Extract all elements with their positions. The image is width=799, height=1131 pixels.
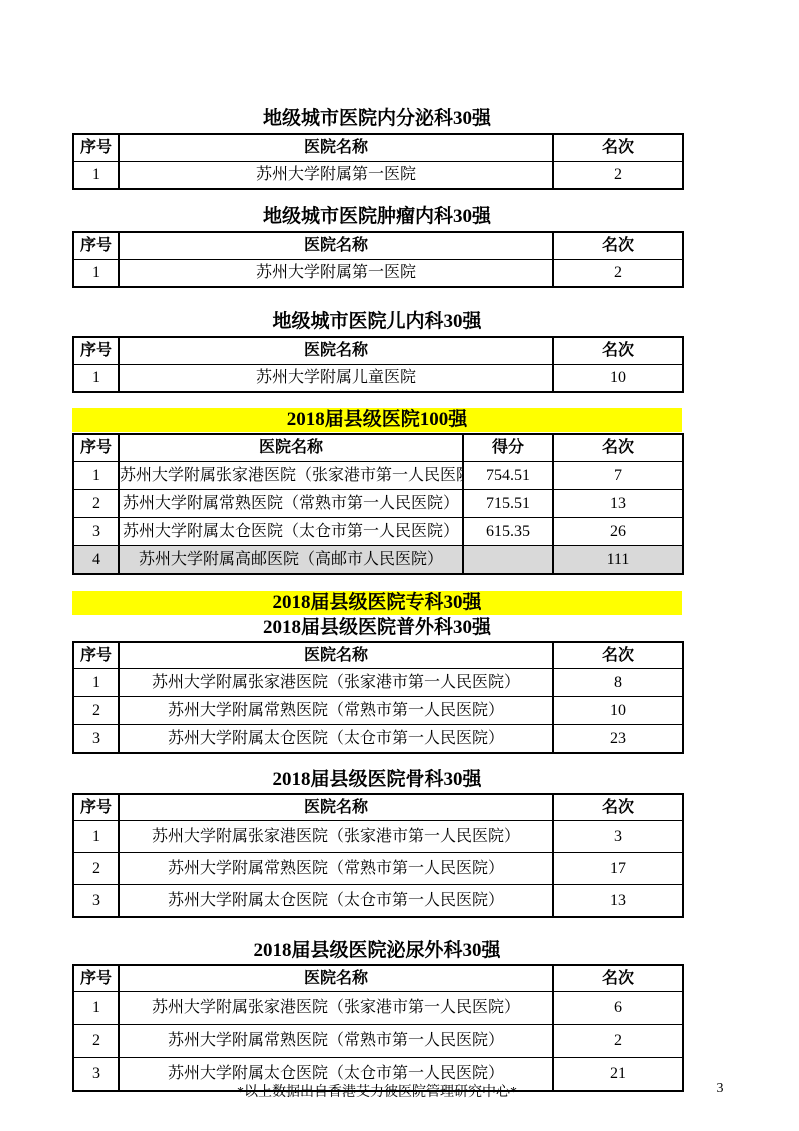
col-header-rank: 名次 — [553, 232, 683, 260]
cell-seq: 1 — [73, 992, 119, 1025]
section-title: 2018届县级医院泌尿外科30强 — [72, 940, 682, 961]
cell-seq: 2 — [73, 1025, 119, 1058]
cell-hospital: 苏州大学附属儿童医院 — [119, 365, 553, 393]
cell-rank: 7 — [553, 462, 683, 490]
col-header-rank: 名次 — [553, 965, 683, 992]
cell-seq: 1 — [73, 669, 119, 697]
section-title: 地级城市医院儿内科30强 — [72, 311, 682, 332]
section-title: 2018届县级医院普外科30强 — [72, 617, 682, 638]
cell-score: 754.51 — [463, 462, 553, 490]
section-oncology-top30: 地级城市医院肿瘤内科30强 序号 医院名称 名次 1 苏州大学附属第一医院 2 — [72, 206, 682, 288]
cell-hospital: 苏州大学附属张家港医院（张家港市第一人民医院） — [119, 669, 553, 697]
document-page: 地级城市医院内分泌科30强 序号 医院名称 名次 1 苏州大学附属第一医院 2 … — [0, 0, 799, 1131]
col-header-hospital: 医院名称 — [119, 794, 553, 821]
cell-hospital: 苏州大学附属常熟医院（常熟市第一人民医院） — [119, 490, 463, 518]
col-header-rank: 名次 — [553, 337, 683, 365]
cell-rank: 23 — [553, 725, 683, 754]
table-row: 1 苏州大学附属张家港医院（张家港市第一人民医院） 754.51 7 — [73, 462, 683, 490]
table-header-row: 序号 医院名称 名次 — [73, 232, 683, 260]
table-header-row: 序号 医院名称 得分 名次 — [73, 434, 683, 462]
cell-seq: 1 — [73, 162, 119, 190]
cell-score: 715.51 — [463, 490, 553, 518]
cell-hospital: 苏州大学附属第一医院 — [119, 260, 553, 288]
cell-hospital: 苏州大学附属张家港医院（张家港市第一人民医院） — [119, 821, 553, 853]
cell-rank: 8 — [553, 669, 683, 697]
section-endocrinology-top30: 地级城市医院内分泌科30强 序号 医院名称 名次 1 苏州大学附属第一医院 2 — [72, 0, 682, 190]
page-number: 3 — [700, 1081, 740, 1097]
cell-seq: 1 — [73, 462, 119, 490]
col-header-hospital: 医院名称 — [119, 337, 553, 365]
cell-rank: 2 — [553, 1025, 683, 1058]
cell-hospital: 苏州大学附属常熟医院（常熟市第一人民医院） — [119, 697, 553, 725]
cell-score: 615.35 — [463, 518, 553, 546]
col-header-seq: 序号 — [73, 794, 119, 821]
table-row: 1 苏州大学附属张家港医院（张家港市第一人民医院） 3 — [73, 821, 683, 853]
cell-hospital: 苏州大学附属太仓医院（太仓市第一人民医院） — [119, 518, 463, 546]
general-surgery-table: 序号 医院名称 名次 1 苏州大学附属张家港医院（张家港市第一人民医院） 8 2… — [72, 641, 684, 754]
col-header-hospital: 医院名称 — [119, 642, 553, 669]
section-orthopedics-top30: 2018届县级医院骨科30强 序号 医院名称 名次 1 苏州大学附属张家港医院（… — [72, 769, 682, 918]
col-header-rank: 名次 — [553, 642, 683, 669]
table-row-highlighted-gray: 4 苏州大学附属高邮医院（高邮市人民医院） 111 — [73, 546, 683, 575]
cell-rank: 3 — [553, 821, 683, 853]
cell-seq: 2 — [73, 697, 119, 725]
col-header-rank: 名次 — [553, 794, 683, 821]
col-header-rank: 名次 — [553, 134, 683, 162]
cell-rank: 13 — [553, 885, 683, 918]
table-header-row: 序号 医院名称 名次 — [73, 794, 683, 821]
cell-rank: 10 — [553, 365, 683, 393]
cell-rank: 2 — [553, 162, 683, 190]
cell-seq: 1 — [73, 260, 119, 288]
cell-rank: 26 — [553, 518, 683, 546]
col-header-rank: 名次 — [553, 434, 683, 462]
table-row: 1 苏州大学附属儿童医院 10 — [73, 365, 683, 393]
cell-rank: 2 — [553, 260, 683, 288]
table-header-row: 序号 医院名称 名次 — [73, 965, 683, 992]
col-header-hospital: 医院名称 — [119, 965, 553, 992]
cell-hospital: 苏州大学附属第一医院 — [119, 162, 553, 190]
section-urology-top30: 2018届县级医院泌尿外科30强 序号 医院名称 名次 1 苏州大学附属张家港医… — [72, 940, 682, 1092]
section-title: 地级城市医院肿瘤内科30强 — [72, 206, 682, 227]
col-header-hospital: 医院名称 — [119, 134, 553, 162]
cell-seq: 1 — [73, 821, 119, 853]
col-header-seq: 序号 — [73, 965, 119, 992]
cell-seq: 2 — [73, 853, 119, 885]
section-title: 2018届县级医院骨科30强 — [72, 769, 682, 790]
table-row: 3 苏州大学附属太仓医院（太仓市第一人民医院） 23 — [73, 725, 683, 754]
cell-hospital: 苏州大学附属张家港医院（张家港市第一人民医院） — [119, 462, 463, 490]
col-header-seq: 序号 — [73, 642, 119, 669]
cell-rank: 17 — [553, 853, 683, 885]
table-row: 1 苏州大学附属张家港医院（张家港市第一人民医院） 8 — [73, 669, 683, 697]
table-row: 2 苏州大学附属常熟医院（常熟市第一人民医院） 2 — [73, 1025, 683, 1058]
highlight-banner: 2018届县级医院100强 — [72, 408, 682, 432]
table-row: 1 苏州大学附属第一医院 2 — [73, 162, 683, 190]
table-row: 2 苏州大学附属常熟医院（常熟市第一人民医院） 715.51 13 — [73, 490, 683, 518]
table-header-row: 序号 医院名称 名次 — [73, 134, 683, 162]
table-header-row: 序号 医院名称 名次 — [73, 642, 683, 669]
cell-seq: 3 — [73, 518, 119, 546]
table-row: 1 苏州大学附属第一医院 2 — [73, 260, 683, 288]
urology-table: 序号 医院名称 名次 1 苏州大学附属张家港医院（张家港市第一人民医院） 6 2… — [72, 964, 684, 1092]
table-row: 1 苏州大学附属张家港医院（张家港市第一人民医院） 6 — [73, 992, 683, 1025]
table-row: 2 苏州大学附属常熟医院（常熟市第一人民医院） 10 — [73, 697, 683, 725]
cell-hospital: 苏州大学附属太仓医院（太仓市第一人民医院） — [119, 725, 553, 754]
cell-rank: 10 — [553, 697, 683, 725]
cell-hospital: 苏州大学附属太仓医院（太仓市第一人民医院） — [119, 885, 553, 918]
col-header-seq: 序号 — [73, 434, 119, 462]
cell-hospital: 苏州大学附属常熟医院（常熟市第一人民医院） — [119, 1025, 553, 1058]
oncology-table: 序号 医院名称 名次 1 苏州大学附属第一医院 2 — [72, 231, 684, 288]
cell-hospital: 苏州大学附属张家港医院（张家港市第一人民医院） — [119, 992, 553, 1025]
cell-seq: 3 — [73, 885, 119, 918]
section-county-specialty-top30: 2018届县级医院专科30强 2018届县级医院普外科30强 序号 医院名称 名… — [72, 591, 682, 754]
table-header-row: 序号 医院名称 名次 — [73, 337, 683, 365]
cell-rank: 13 — [553, 490, 683, 518]
cell-seq: 2 — [73, 490, 119, 518]
cell-hospital: 苏州大学附属常熟医院（常熟市第一人民医院） — [119, 853, 553, 885]
page-content: 地级城市医院内分泌科30强 序号 医院名称 名次 1 苏州大学附属第一医院 2 … — [72, 0, 682, 1092]
col-header-seq: 序号 — [73, 232, 119, 260]
cell-score — [463, 546, 553, 575]
cell-rank: 111 — [553, 546, 683, 575]
col-header-seq: 序号 — [73, 337, 119, 365]
highlight-banner: 2018届县级医院专科30强 — [72, 591, 682, 615]
col-header-seq: 序号 — [73, 134, 119, 162]
cell-seq: 4 — [73, 546, 119, 575]
county-top100-table: 序号 医院名称 得分 名次 1 苏州大学附属张家港医院（张家港市第一人民医院） … — [72, 433, 684, 575]
section-pediatrics-top30: 地级城市医院儿内科30强 序号 医院名称 名次 1 苏州大学附属儿童医院 10 — [72, 311, 682, 393]
section-county-top100: 2018届县级医院100强 序号 医院名称 得分 名次 1 苏州大学附属张家港医… — [72, 408, 682, 575]
cell-seq: 3 — [73, 725, 119, 754]
cell-rank: 6 — [553, 992, 683, 1025]
cell-seq: 1 — [73, 365, 119, 393]
col-header-hospital: 医院名称 — [119, 232, 553, 260]
col-header-score: 得分 — [463, 434, 553, 462]
endocrinology-table: 序号 医院名称 名次 1 苏州大学附属第一医院 2 — [72, 133, 684, 190]
cell-hospital: 苏州大学附属高邮医院（高邮市人民医院） — [119, 546, 463, 575]
footer-note: *以上数据出自香港艾力彼医院管理研究中心* — [72, 1081, 682, 1101]
pediatrics-table: 序号 医院名称 名次 1 苏州大学附属儿童医院 10 — [72, 336, 684, 393]
orthopedics-table: 序号 医院名称 名次 1 苏州大学附属张家港医院（张家港市第一人民医院） 3 2… — [72, 793, 684, 918]
table-row: 3 苏州大学附属太仓医院（太仓市第一人民医院） 615.35 26 — [73, 518, 683, 546]
section-title: 地级城市医院内分泌科30强 — [72, 108, 682, 129]
table-row: 2 苏州大学附属常熟医院（常熟市第一人民医院） 17 — [73, 853, 683, 885]
table-row: 3 苏州大学附属太仓医院（太仓市第一人民医院） 13 — [73, 885, 683, 918]
col-header-hospital: 医院名称 — [119, 434, 463, 462]
